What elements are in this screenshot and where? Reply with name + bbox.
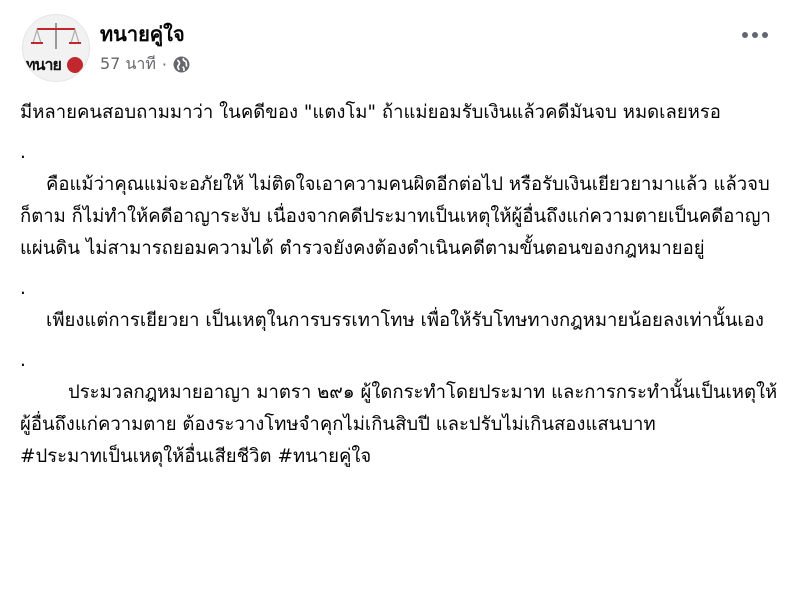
dot-separator: . xyxy=(20,345,780,377)
globe-icon[interactable] xyxy=(173,56,190,73)
hashtags: #ประมาทเป็นเหตุให้อื่นเสียชีวิต #ทนายคู่… xyxy=(20,441,780,473)
post-meta: 57 นาที · xyxy=(100,52,190,77)
post-body: มีหลายคนสอบถามมาว่า ในคดีของ "แตงโม" ถ้า… xyxy=(20,97,780,473)
more-options-icon xyxy=(742,32,748,38)
avatar-badge xyxy=(67,57,83,73)
more-options-button[interactable] xyxy=(738,28,772,42)
timestamp[interactable]: 57 นาที xyxy=(100,52,156,77)
avatar-logo-text: ทนาย xyxy=(25,53,61,78)
author-name[interactable]: ทนายคู่ใจ xyxy=(100,18,185,50)
post-paragraph-2: คือแม้ว่าคุณแม่จะอภัยให้ ไม่ติดใจเอาความ… xyxy=(20,169,780,265)
hashtag-link[interactable]: #ทนายคู่ใจ xyxy=(277,446,371,467)
dot-separator: . xyxy=(20,137,780,169)
post-paragraph-1: มีหลายคนสอบถามมาว่า ในคดีของ "แตงโม" ถ้า… xyxy=(20,97,780,129)
dot-separator: . xyxy=(20,273,780,305)
post-paragraph-3: เพียงแต่การเยียวยา เป็นเหตุในการบรรเทาโท… xyxy=(20,305,780,337)
avatar[interactable]: ทนาย xyxy=(22,14,90,82)
post-paragraph-4: ประมวลกฎหมายอาญา มาตรา ๒๙๑ ผู้ใดกระทำโดย… xyxy=(20,377,780,441)
separator: · xyxy=(162,55,167,74)
hashtag-link[interactable]: #ประมาทเป็นเหตุให้อื่นเสียชีวิต xyxy=(20,446,272,467)
post-header: ทนาย ทนายคู่ใจ 57 นาที · xyxy=(22,14,800,84)
